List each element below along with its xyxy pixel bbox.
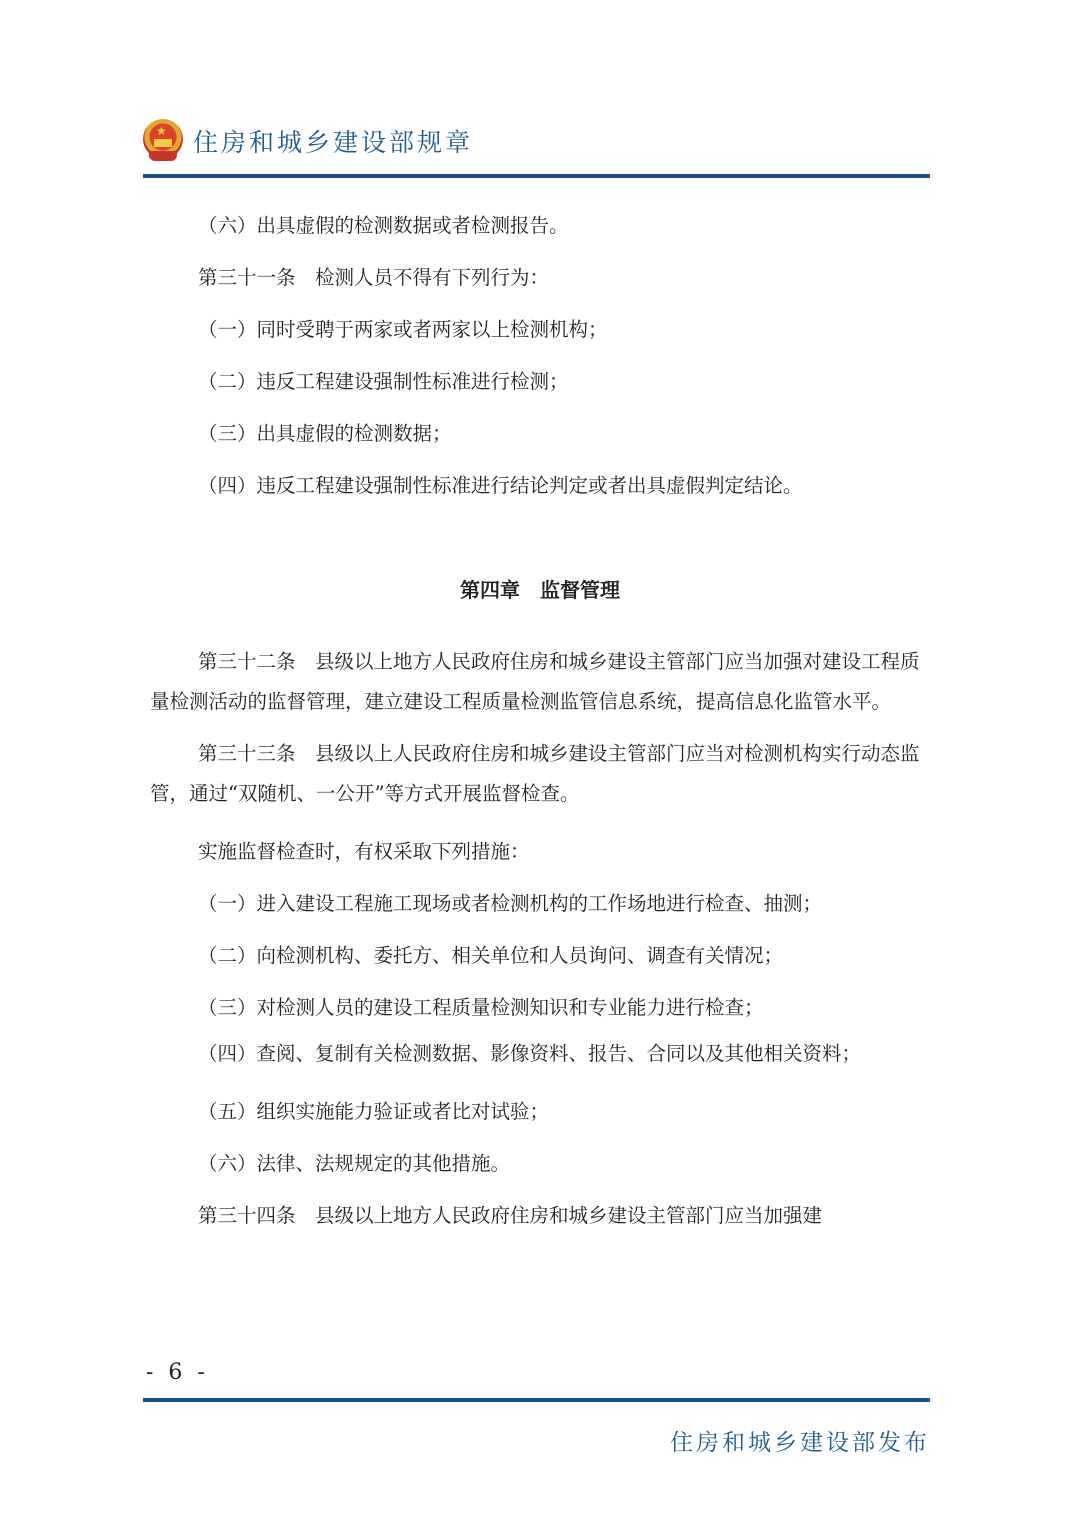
list-item: （四）违反工程建设强制性标准进行结论判定或者出具虚假判定结论。 (150, 460, 930, 512)
list-item: （三）对检测人员的建设工程质量检测知识和专业能力进行检查； (150, 982, 930, 1034)
list-item: （六）出具虚假的检测数据或者检测报告。 (150, 200, 930, 252)
document-body: （六）出具虚假的检测数据或者检测报告。 第三十一条 检测人员不得有下列行为： （… (150, 200, 930, 1242)
list-item: （一）同时受聘于两家或者两家以上检测机构； (150, 304, 930, 356)
header-divider (143, 174, 930, 178)
article-33: 第三十三条 县级以上人民政府住房和城乡建设主管部门应当对检测机构实行动态监管，通… (150, 734, 930, 814)
list-item: （三）出具虚假的检测数据； (150, 408, 930, 460)
footer-divider (143, 1398, 930, 1402)
header-title: 住房和城乡建设部规章 (193, 123, 473, 159)
list-item: （一）进入建设工程施工现场或者检测机构的工作场地进行检查、抽测； (150, 878, 930, 930)
list-item: （六）法律、法规规定的其他措施。 (150, 1138, 930, 1190)
chapter-title: 第四章 监督管理 (150, 564, 930, 616)
page-number: - 6 - (146, 1360, 209, 1385)
measures-intro: 实施监督检查时，有权采取下列措施： (150, 826, 930, 878)
list-item: （四）查阅、复制有关检测数据、影像资料、报告、合同以及其他相关资料； (150, 1034, 930, 1074)
list-item: （二）向检测机构、委托方、相关单位和人员询问、调查有关情况； (150, 930, 930, 982)
list-item: （五）组织实施能力验证或者比对试验； (150, 1086, 930, 1138)
article-34: 第三十四条 县级以上地方人民政府住房和城乡建设主管部门应当加强建 (150, 1190, 930, 1242)
article-32: 第三十二条 县级以上地方人民政府住房和城乡建设主管部门应当加强对建设工程质量检测… (150, 642, 930, 722)
footer-publisher: 住房和城乡建设部发布 (670, 1424, 930, 1457)
page-header: ★ 住房和城乡建设部规章 (143, 116, 473, 166)
article-31: 第三十一条 检测人员不得有下列行为： (150, 252, 930, 304)
national-emblem-icon: ★ (143, 119, 183, 163)
list-item: （二）违反工程建设强制性标准进行检测； (150, 356, 930, 408)
